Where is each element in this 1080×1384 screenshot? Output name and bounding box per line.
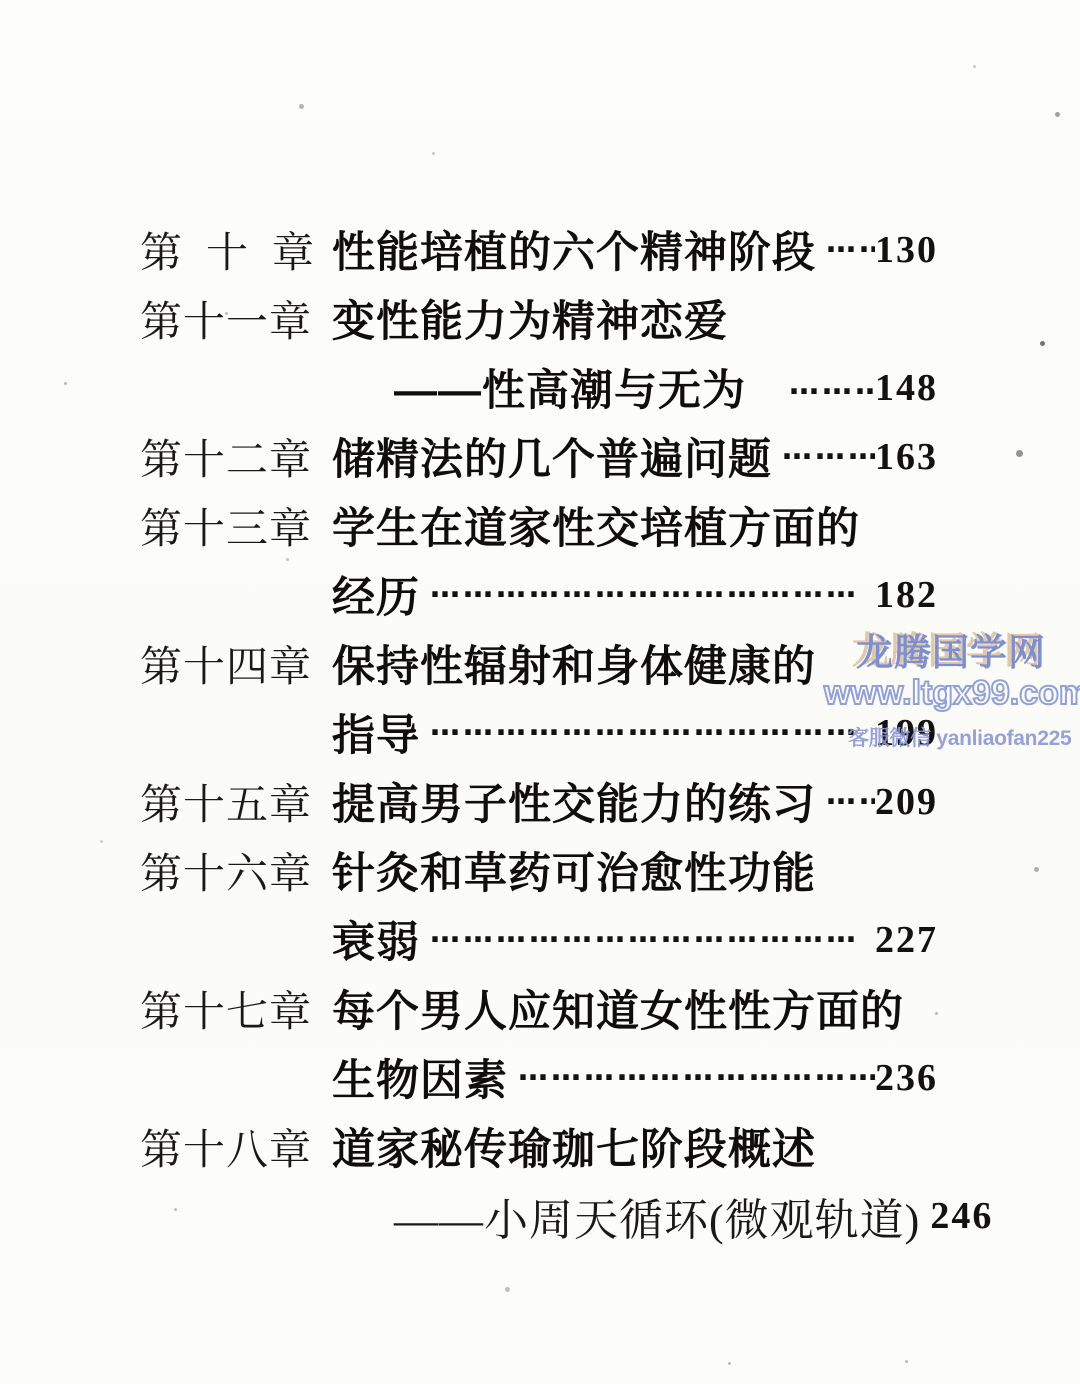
chapter-label: 第十三章 — [140, 496, 332, 556]
entry-title: ——性高潮与无为 — [394, 357, 746, 418]
toc-entry-content: 针灸和草药可治愈性功能 — [332, 840, 938, 901]
chapter-label: 第十七章 — [140, 979, 332, 1039]
page-number: 130 — [875, 228, 938, 272]
toc-entry-content: 性能培植的六个精神阶段……130 — [332, 219, 938, 280]
toc-entry-content: 道家秘传瑜珈七阶段概述 — [332, 1116, 938, 1177]
toc-line: 第十四章保持性辐射和身体健康的 — [140, 629, 938, 698]
chapter-label: 第十二章 — [140, 427, 332, 487]
page-number: 246 — [930, 1194, 993, 1238]
entry-title: 保持性辐射和身体健康的 — [332, 633, 816, 694]
toc-line: 第十七章每个男人应知道女性性方面的 — [140, 974, 938, 1043]
dot-leader: ………………………………… — [430, 708, 859, 743]
entry-title: 衰弱 — [332, 909, 420, 970]
toc-entry-content: 衰弱…………………………………227 — [332, 909, 938, 970]
toc-entry-content: 提高男子性交能力的练习……209 — [332, 771, 938, 832]
chapter-label: 第十五章 — [140, 772, 332, 832]
dot-leader: ………………………………… — [430, 570, 859, 605]
toc-line: ——性高潮与无为 …………148 — [140, 353, 938, 422]
chapter-label: 第十一章 — [140, 289, 332, 349]
entry-title: 经历 — [332, 564, 420, 625]
scan-noise-specks — [0, 0, 3, 3]
dot-leader: …… — [826, 225, 875, 260]
toc-line: ——小周天循环(微观轨道)…246 — [140, 1181, 938, 1250]
toc-line: 第十五章提高男子性交能力的练习……209 — [140, 767, 938, 836]
dot-leader: ………………………………… — [430, 915, 859, 950]
chapter-label: 第十六章 — [140, 841, 332, 901]
toc-entry-content: 学生在道家性交培植方面的 — [332, 495, 938, 556]
entry-title: 针灸和草药可治愈性功能 — [332, 840, 816, 901]
toc-line: 生物因素……………………………236 — [140, 1043, 938, 1112]
entry-title: 储精法的几个普遍问题 — [332, 426, 772, 487]
toc-line: 第十二章储精法的几个普遍问题………163 — [140, 422, 938, 491]
page-number: 236 — [875, 1056, 938, 1100]
toc-line: 第十三章学生在道家性交培植方面的 — [140, 491, 938, 560]
toc-line: 第十八章道家秘传瑜珈七阶段概述 — [140, 1112, 938, 1181]
page-number: 209 — [875, 780, 938, 824]
dot-leader: ………… — [756, 359, 875, 403]
chapter-label: 第十八章 — [140, 1117, 332, 1177]
entry-title: 性能培植的六个精神阶段 — [332, 219, 816, 280]
chapter-label: 第 十 章 — [140, 220, 332, 280]
page-number: 227 — [875, 918, 938, 962]
toc-line: 第十一章变性能力为精神恋爱 — [140, 284, 938, 353]
entry-title: ——小周天循环(微观轨道) — [394, 1184, 920, 1248]
toc-list: 第 十 章性能培植的六个精神阶段……130第十一章变性能力为精神恋爱——性高潮与… — [140, 215, 938, 1250]
toc-entry-content: 每个男人应知道女性性方面的 — [332, 978, 938, 1039]
toc-entry-content: 保持性辐射和身体健康的 — [332, 633, 938, 694]
page-number: 182 — [875, 573, 938, 617]
entry-title: 生物因素 — [332, 1047, 508, 1108]
entry-title: 指导 — [332, 702, 420, 763]
page-number: 199 — [875, 711, 938, 755]
entry-title: 每个男人应知道女性性方面的 — [332, 978, 904, 1039]
entry-title: 变性能力为精神恋爱 — [332, 288, 728, 349]
entry-title: 学生在道家性交培植方面的 — [332, 495, 860, 556]
page-number: 163 — [875, 435, 938, 479]
dot-leader: ……… — [782, 432, 875, 467]
toc-entry-content: ——小周天循环(微观轨道)…246 — [332, 1184, 938, 1248]
toc-entry-content: 变性能力为精神恋爱 — [332, 288, 938, 349]
toc-entry-content: 指导…………………………………199 — [332, 702, 938, 763]
dot-leader: …… — [826, 777, 875, 812]
toc-line: 经历…………………………………182 — [140, 560, 938, 629]
toc-entry-content: 生物因素……………………………236 — [332, 1047, 938, 1108]
entry-title: 道家秘传瑜珈七阶段概述 — [332, 1116, 816, 1177]
toc-line: 指导…………………………………199 — [140, 698, 938, 767]
toc-line: 衰弱…………………………………227 — [140, 905, 938, 974]
page-number: 148 — [875, 366, 938, 410]
entry-title: 提高男子性交能力的练习 — [332, 771, 816, 832]
toc-entry-content: ——性高潮与无为 …………148 — [332, 357, 938, 418]
dot-leader: …………………………… — [518, 1053, 875, 1088]
toc-entry-content: 储精法的几个普遍问题………163 — [332, 426, 938, 487]
toc-entry-content: 经历…………………………………182 — [332, 564, 938, 625]
toc-line: 第十六章针灸和草药可治愈性功能 — [140, 836, 938, 905]
chapter-label: 第十四章 — [140, 634, 332, 694]
toc-line: 第 十 章性能培植的六个精神阶段……130 — [140, 215, 938, 284]
